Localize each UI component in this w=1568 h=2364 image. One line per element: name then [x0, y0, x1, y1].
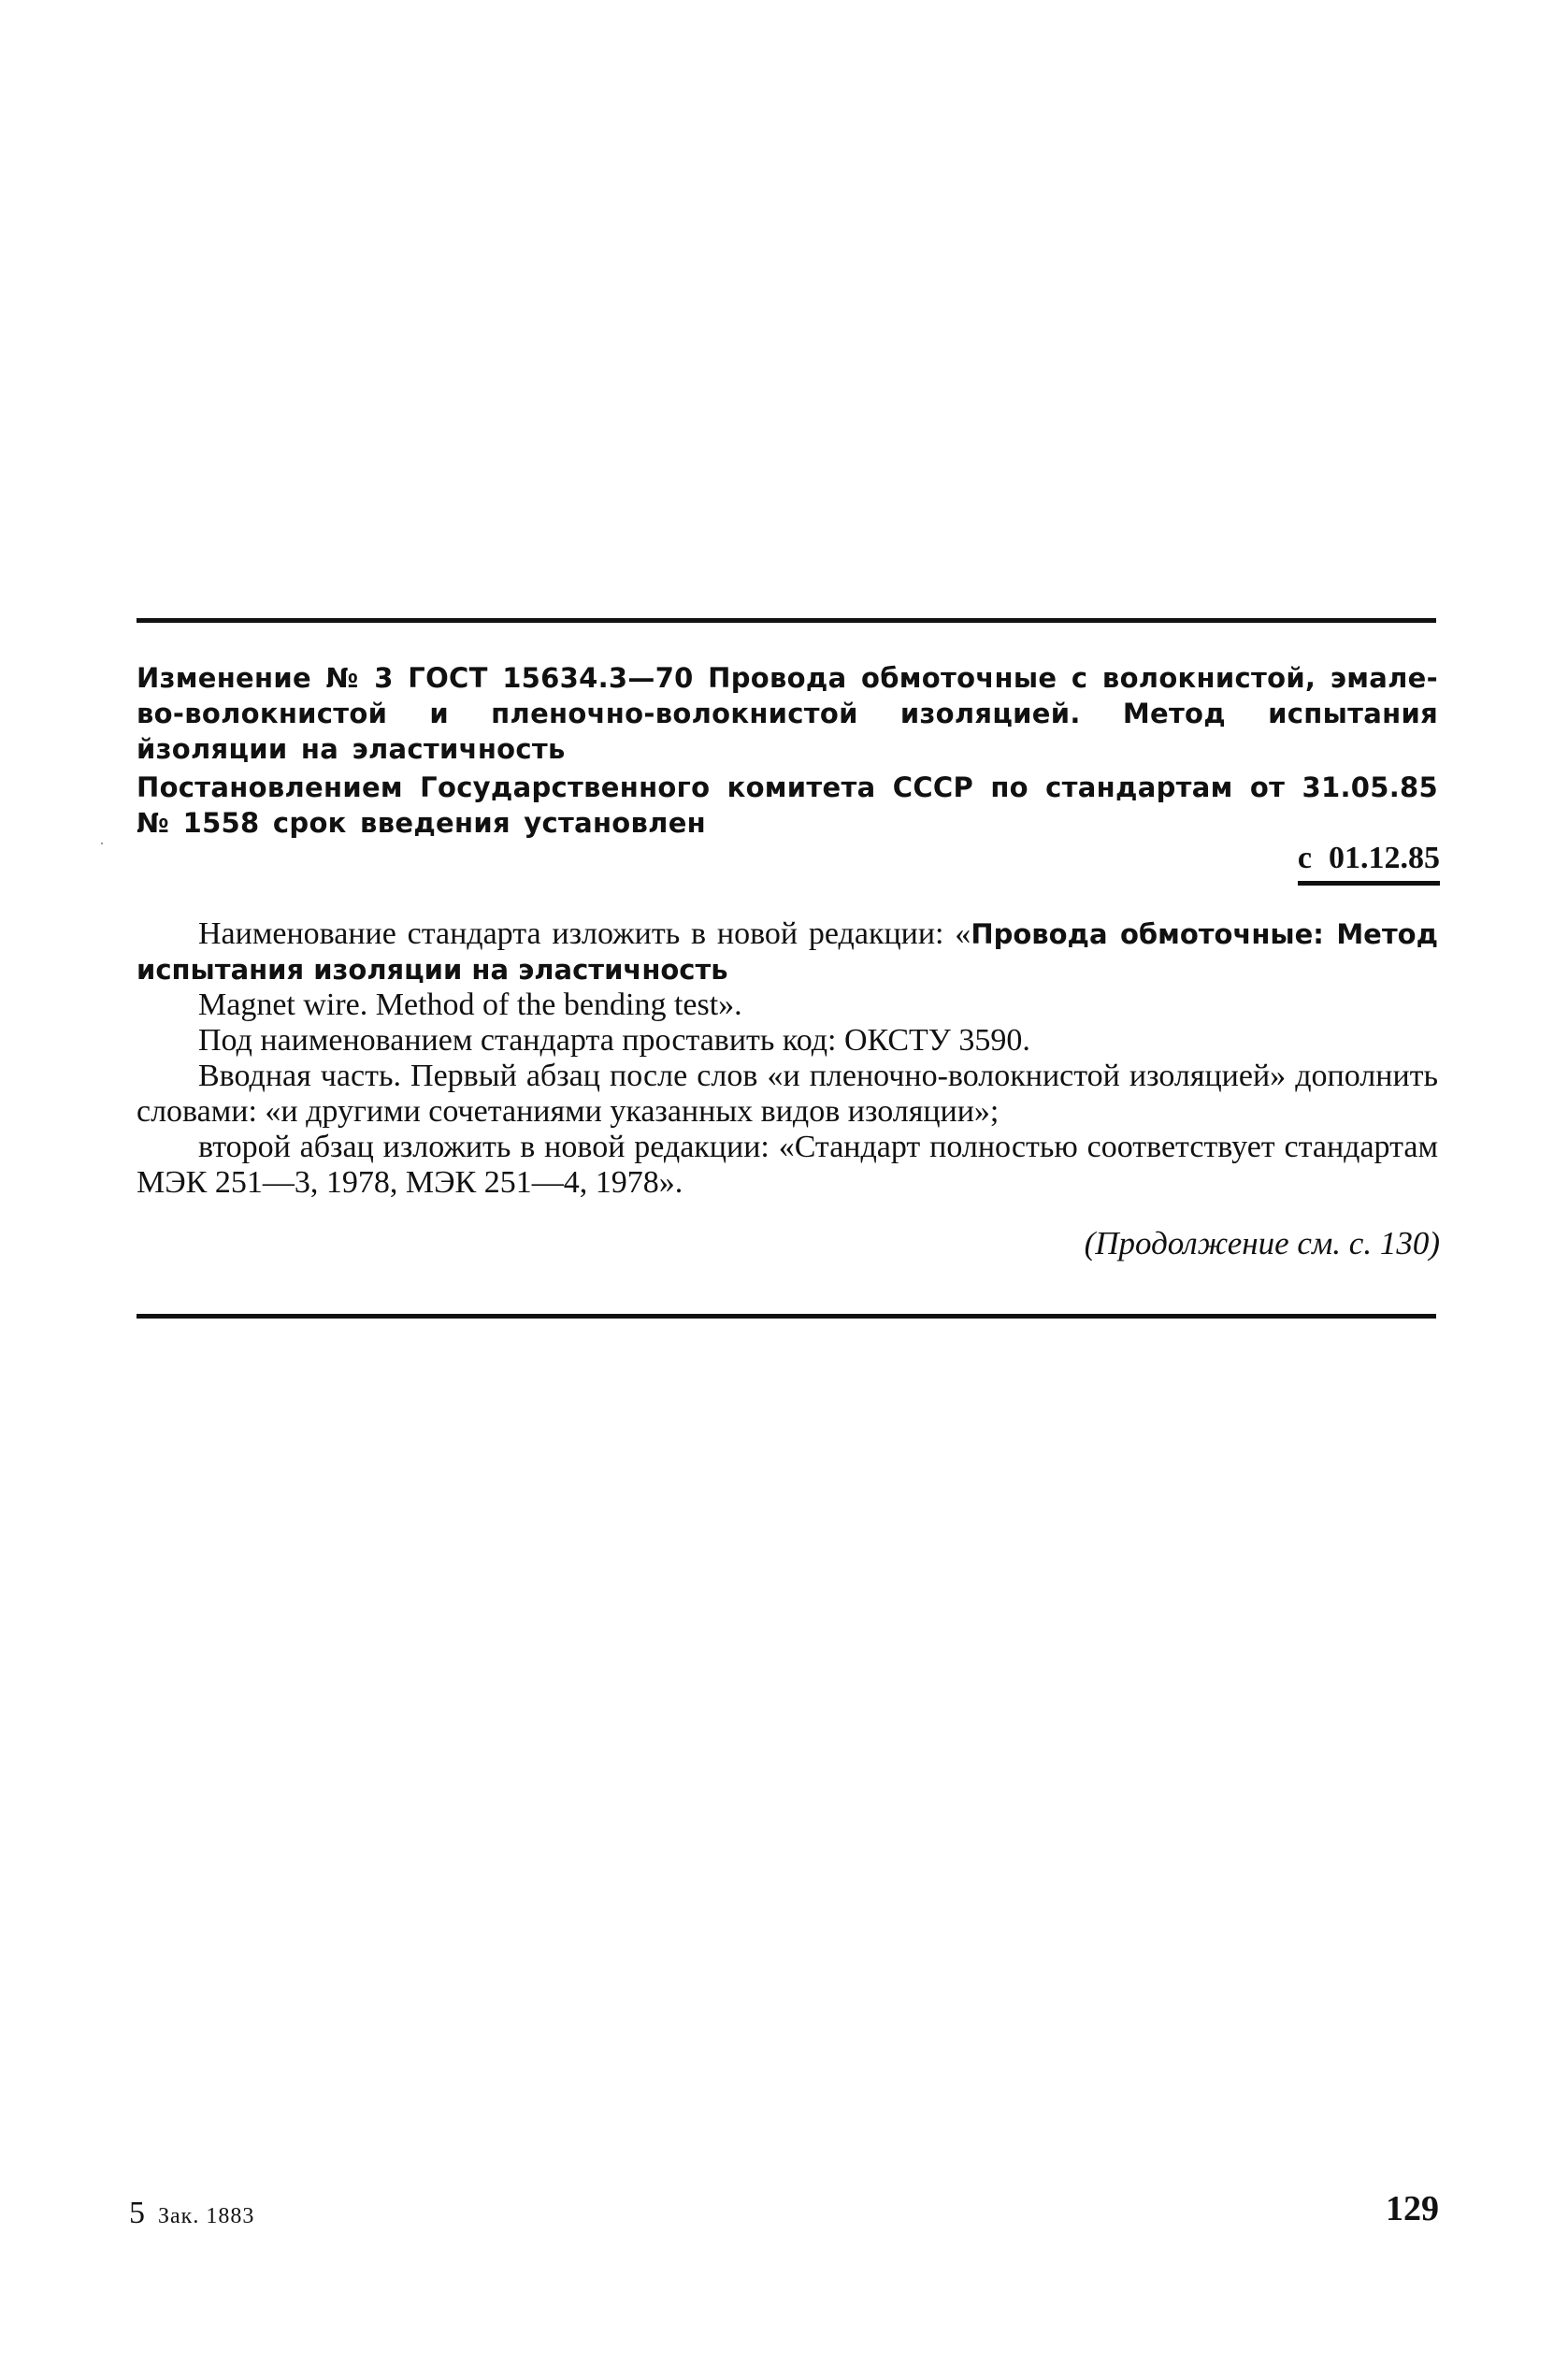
- sheet-number: 5: [129, 2196, 145, 2230]
- effective-date: с01.12.85: [1298, 840, 1440, 886]
- bottom-rule: [137, 1314, 1436, 1319]
- effective-date-value: 01.12.85: [1329, 841, 1440, 875]
- resolution-statement: Постановлением Государственного комитета…: [137, 770, 1438, 841]
- footer-order: 5Зак. 1883: [129, 2196, 254, 2231]
- order-label: Зак. 1883: [158, 2204, 254, 2228]
- top-rule: [137, 618, 1436, 623]
- paragraph-code: Под наименованием стандарта проставить к…: [137, 1023, 1438, 1059]
- page-number: 129: [1386, 2188, 1439, 2229]
- continued-note: (Продолжение см. с. 130): [1085, 1225, 1440, 1262]
- amendment-body: Наименование стандарта изложить в новой …: [137, 916, 1438, 1201]
- scan-speck: [101, 843, 103, 844]
- effective-date-prefix: с: [1298, 841, 1312, 875]
- paragraph-title-change: Наименование стандарта изложить в новой …: [137, 916, 1438, 987]
- paragraph-english-title: Magnet wire. Method of the bending test»…: [137, 987, 1438, 1023]
- amendment-title: Изменение № 3 ГОСТ 15634.3—70 Провода об…: [137, 660, 1438, 767]
- paragraph-intro-first: Вводная часть. Первый абзац после слов «…: [137, 1059, 1438, 1130]
- paragraph-intro-second: второй абзац изложить в новой редакции: …: [137, 1130, 1438, 1201]
- paragraph-text: Наименование стандарта изложить в новой …: [198, 916, 971, 951]
